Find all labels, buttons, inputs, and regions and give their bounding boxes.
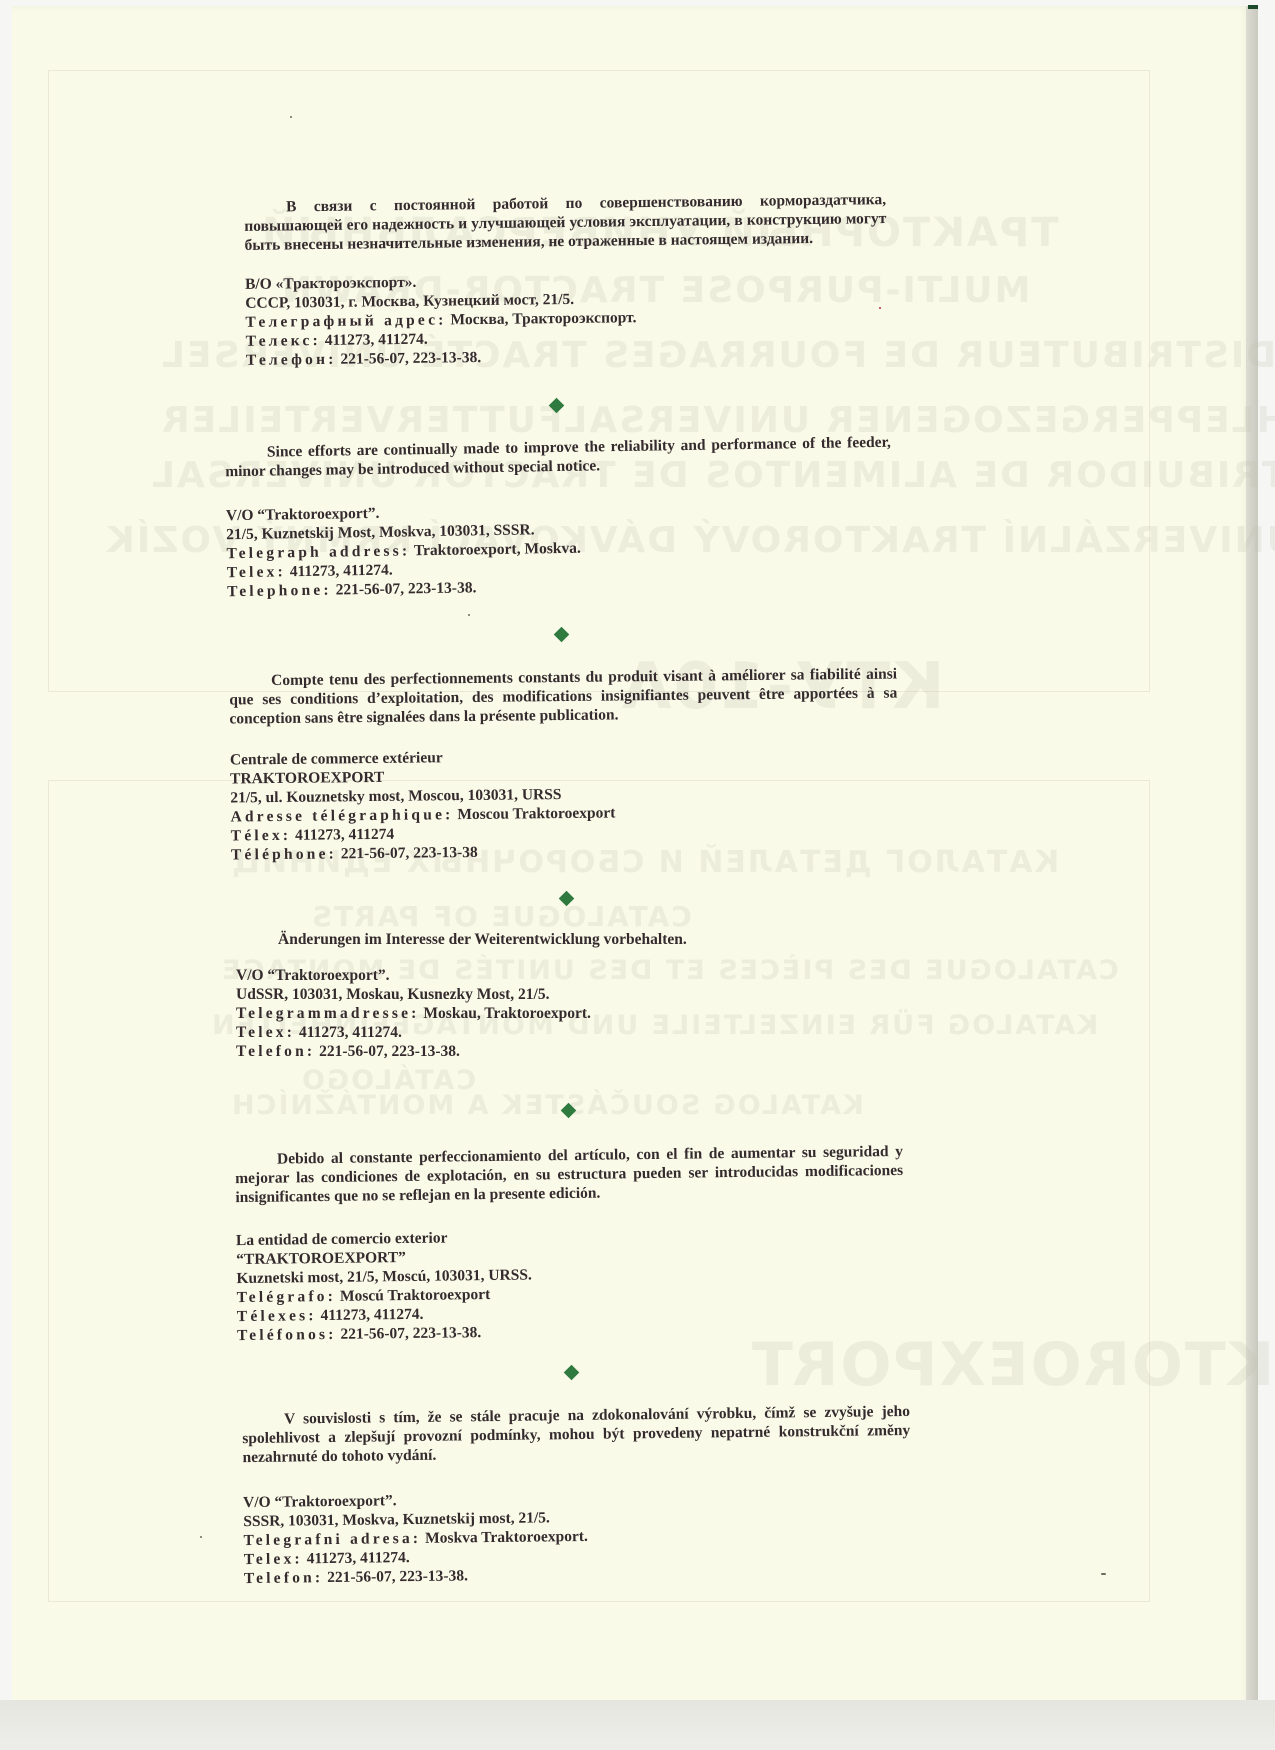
address-label: Télexes: (237, 1307, 317, 1325)
address-text: TRAKTOROEXPORT (230, 769, 384, 788)
address-text: UdSSR, 103031, Moskau, Kusnezky Most, 21… (236, 986, 550, 1003)
page-edge-right (1246, 6, 1258, 1742)
section-de: Änderungen im Interesse der Weiterentwic… (236, 930, 904, 1061)
notice-paragraph: Änderungen im Interesse der Weiterentwic… (236, 930, 904, 949)
address-text: Moskau, Traktoroexport. (423, 1005, 591, 1022)
address-label: Telefon: (244, 1569, 323, 1587)
paper-speck (879, 307, 881, 309)
ghost-text-line: CATALOGUE OF PARTS (310, 900, 692, 933)
address-label: Telephone: (227, 582, 332, 601)
address-label: Телефон: (246, 351, 337, 369)
section-es: Debido al constante perfeccionamiento de… (235, 1142, 905, 1345)
address-text: 21/5, ul. Kouznetsky most, Moscou, 10303… (230, 786, 561, 806)
address-label: Telegrammadresse: (236, 1005, 420, 1022)
address-block: V/O “Traktoroexport”.UdSSR, 103031, Mosk… (236, 966, 904, 1061)
address-text: Москва, Тракторoэкспорт. (450, 309, 636, 328)
address-text: Moskva Traktoroexport. (425, 1528, 588, 1547)
paper-speck (468, 614, 470, 616)
ghost-frame-top (48, 70, 1150, 692)
address-line: UdSSR, 103031, Moskau, Kusnezky Most, 21… (236, 985, 904, 1004)
address-label: Telex: (236, 1024, 295, 1041)
address-label: Телекс: (246, 332, 321, 350)
address-line: V/O “Traktoroexport”. (236, 966, 904, 985)
address-text: 221-56-07, 223-13-38 (341, 844, 478, 862)
address-text: V/O “Traktoroexport”. (226, 505, 380, 524)
address-text: V/O “Traktoroexport”. (236, 967, 390, 984)
address-label: Télex: (231, 827, 292, 845)
address-label: Telegraph address: (226, 542, 410, 562)
address-text: “TRAKTOROEXPORT” (236, 1249, 406, 1268)
section-cs: V souvislosti s tím, že se stále pracuje… (242, 1402, 912, 1588)
address-text: 221-56-07, 223-13-38. (336, 579, 477, 598)
address-text: 221-56-07, 223-13-38. (340, 349, 481, 368)
paper-speck (200, 1536, 202, 1538)
address-text: 221-56-07, 223-13-38. (327, 1567, 468, 1586)
address-label: Teléfonos: (237, 1326, 337, 1344)
address-label: Telegrafni adresa: (243, 1530, 421, 1549)
address-line: Telefon: 221-56-07, 223-13-38. (236, 1042, 904, 1061)
address-text: 221-56-07, 223-13-38. (340, 1324, 481, 1343)
address-text: Kuznetski most, 21/5, Moscú, 103031, URS… (236, 1266, 532, 1287)
address-text: Moscú Traktoroexport (340, 1286, 490, 1305)
address-label: Telex: (244, 1550, 303, 1568)
notice-paragraph: В связи с постоянной работой по совершен… (244, 190, 887, 255)
address-text: Centrale de commerce extérieur (230, 749, 443, 768)
address-text: La entidad de comercio exterior (236, 1229, 448, 1249)
address-text: 411273, 411274. (307, 1549, 410, 1567)
address-label: Telefon: (236, 1043, 315, 1060)
address-text: V/O “Traktoroexport”. (243, 1492, 397, 1511)
address-label: Telégrafo: (237, 1288, 337, 1306)
address-text: Moscou Traktoroexport (457, 804, 615, 823)
notice-paragraph: V souvislosti s tím, že se stále pracuje… (242, 1402, 911, 1467)
paper-speck (1101, 1573, 1106, 1575)
address-block: Centrale de commerce extérieurTRAKTOROEX… (230, 744, 899, 865)
page-edge-bottom (0, 1700, 1275, 1750)
page-corner-mark (1248, 5, 1258, 9)
address-line: Telex: 411273, 411274. (236, 1023, 904, 1042)
address-label: Telex: (227, 563, 286, 581)
address-text: 411273, 411274. (299, 1024, 402, 1041)
address-text: 411273, 411274. (320, 1306, 423, 1324)
ghost-text-line: KATALOG SOUČÁSTEK A MONTÁŽNÍCH (230, 1090, 864, 1121)
address-line: Telegrammadresse: Moskau, Traktoroexport… (236, 1004, 904, 1023)
ghost-text-line: TRAKTOROEXPORT (750, 1330, 1275, 1400)
address-block: V/O “Traktoroexport”.21/5, Kuznetskij Mo… (226, 496, 893, 601)
address-text: 221-56-07, 223-13-38. (319, 1043, 460, 1060)
address-text: Traktoroexport, Moskva. (414, 540, 581, 560)
address-text: В/О «Тракторoэкспорт». (245, 274, 417, 293)
section-en: Since efforts are continually made to im… (225, 433, 893, 601)
address-text: 411273, 411274. (290, 562, 393, 581)
address-label: Téléphone: (231, 845, 337, 863)
notice-paragraph: Debido al constante perfeccionamiento de… (235, 1142, 904, 1207)
address-block: В/О «Тракторoэкспорт».СССР, 103031, г. М… (245, 267, 888, 370)
section-ru: В связи с постоянной работой по совершен… (244, 190, 888, 370)
address-label: Adresse télégraphique: (230, 806, 453, 825)
address-text: 411273, 411274. (325, 331, 428, 349)
address-block: La entidad de comercio exterior“TRAKTORO… (236, 1223, 905, 1345)
address-label: Телеграфный адрес: (245, 311, 446, 330)
address-text: 411273, 411274 (295, 826, 394, 844)
address-block: V/O “Traktoroexport”.SSSR, 103031, Moskv… (243, 1485, 912, 1588)
paper-speck (290, 116, 292, 118)
notice-paragraph: Compte tenu des perfectionnements consta… (229, 665, 898, 729)
section-fr: Compte tenu des perfectionnements consta… (229, 665, 899, 865)
